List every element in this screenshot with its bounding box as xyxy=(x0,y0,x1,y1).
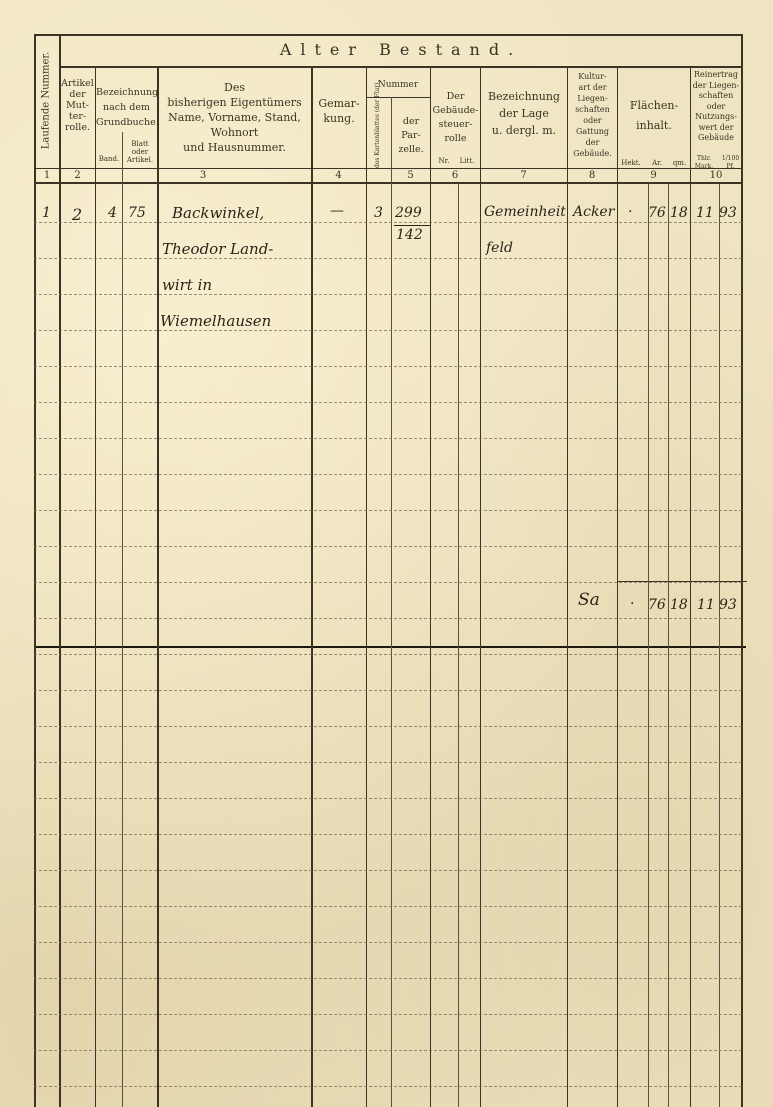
col-border xyxy=(366,68,367,1107)
col-border xyxy=(311,68,313,1107)
header-line: Des xyxy=(158,80,311,95)
header-line: Gebäude. xyxy=(568,148,617,159)
summe-pf: 93 xyxy=(719,597,737,613)
entry-parzelle-top: 299 xyxy=(395,205,422,221)
summe-label: Sa xyxy=(578,590,600,610)
header-line: Wohnort xyxy=(158,125,311,140)
header-artikel: Artikel der Mut- ter- rolle. xyxy=(60,78,95,133)
header-line: Name, Vorname, Stand, xyxy=(158,110,311,125)
entry-thlr: 11 xyxy=(696,205,714,221)
header-line: nach dem xyxy=(96,100,157,115)
header-litt: Litt. xyxy=(456,157,478,165)
entry-parzelle-bottom: 142 xyxy=(396,227,423,243)
summe-qm: 18 xyxy=(670,597,688,613)
colnum-9: 9 xyxy=(617,170,690,181)
col-border xyxy=(59,34,61,1107)
colnum-4: 4 xyxy=(311,170,366,181)
header-line: Grundbuche. xyxy=(96,115,157,130)
header-line: u. dergl. m. xyxy=(481,122,567,139)
row-rule xyxy=(34,546,742,547)
page-total-rule xyxy=(34,646,746,648)
colnum-1: 1 xyxy=(34,170,60,181)
header-qm: qm. xyxy=(669,159,690,167)
header-hekt: Hekt. xyxy=(619,159,643,167)
header-eigentuemer: Des bisherigen Eigentümers Name, Vorname… xyxy=(158,80,311,155)
header-pf: 1/100 Pf. xyxy=(719,155,742,171)
col-border xyxy=(157,68,159,1107)
header-line: Artikel xyxy=(60,78,95,89)
header-laufende-nummer: Laufende Nummer. xyxy=(41,41,52,161)
colnum-10: 10 xyxy=(690,170,742,181)
entry-pf: 93 xyxy=(719,205,737,221)
header-line: schaften xyxy=(690,91,742,102)
entry-ar: 76 xyxy=(648,205,666,221)
header-line: Liegen- xyxy=(568,93,617,104)
numbers-bottom xyxy=(34,182,742,184)
summe-thlr: 11 xyxy=(697,597,715,613)
header-line: der Lage xyxy=(481,105,567,122)
header-line: ter- xyxy=(60,111,95,122)
col-border xyxy=(122,132,123,1107)
header-gebaeudesteuerrolle: Der Gebäude- steuer- rolle xyxy=(431,90,480,146)
entry-band: 4 xyxy=(108,205,117,221)
header-line: der xyxy=(568,137,617,148)
col-border xyxy=(741,34,743,1107)
row-rule xyxy=(34,1086,742,1087)
row-rule xyxy=(34,438,742,439)
header-line: oder xyxy=(568,115,617,126)
header-nr: Nr. xyxy=(433,157,455,165)
header-line: steuer- xyxy=(431,118,480,132)
row-rule xyxy=(34,906,742,907)
row-rule xyxy=(34,618,742,619)
colnum-7: 7 xyxy=(480,170,567,181)
header-line: Bezeichnung xyxy=(481,88,567,105)
header-grundbuch: Bezeichnung nach dem Grundbuche. xyxy=(96,85,157,130)
col-border xyxy=(690,68,691,1107)
col-border xyxy=(391,97,392,1107)
row-rule xyxy=(34,474,742,475)
entry-lage-line-2: feld xyxy=(486,240,513,256)
row-rule xyxy=(34,690,742,691)
header-parzelle: der Par- zelle. xyxy=(392,115,430,157)
entry-qm: 18 xyxy=(670,205,688,221)
entry-owner-line-1: Backwinkel, xyxy=(172,204,264,222)
header-line: Flächen- xyxy=(618,96,690,116)
row-rule xyxy=(34,942,742,943)
row-rule xyxy=(34,1050,742,1051)
row-rule xyxy=(34,510,742,511)
header-line: Mut- xyxy=(60,100,95,111)
colnum-5: 5 xyxy=(391,170,430,181)
row-rule xyxy=(34,402,742,403)
row-rule xyxy=(34,978,742,979)
entry-artikel: 2 xyxy=(72,205,82,224)
header-kartenblatt: des Kartenblattes (der Flur). xyxy=(374,96,382,168)
colnum-6: 6 xyxy=(430,170,480,181)
row-rule xyxy=(34,762,742,763)
colnum-8: 8 xyxy=(567,170,617,181)
header-kulturart: Kultur- art der Liegen- schaften oder Ga… xyxy=(568,71,617,159)
row-rule xyxy=(34,654,742,655)
header-bottom xyxy=(34,168,742,169)
header-line: Der xyxy=(431,90,480,104)
header-line: der xyxy=(60,89,95,100)
header-line: Kultur- xyxy=(568,71,617,82)
entry-kulturart: Acker xyxy=(573,204,614,220)
row-rule xyxy=(34,582,742,583)
row-rule xyxy=(34,726,742,727)
header-line: Bezeichnung xyxy=(96,85,157,100)
col-border xyxy=(617,68,618,1107)
header-line: Gattung xyxy=(568,126,617,137)
col-border xyxy=(34,34,36,1107)
row-rule xyxy=(34,366,742,367)
header-line: Reinertrag xyxy=(690,70,742,81)
entry-owner-line-4: Wiemelhausen xyxy=(160,312,271,330)
col-border xyxy=(668,184,669,1107)
row-rule xyxy=(34,870,742,871)
entry-gemarkung: — xyxy=(330,203,344,219)
row-rule xyxy=(34,294,742,295)
header-line: Nutzungs- xyxy=(690,112,742,123)
col-border xyxy=(95,68,96,1107)
header-lage: Bezeichnung der Lage u. dergl. m. xyxy=(481,88,567,139)
row-rule xyxy=(34,834,742,835)
header-line: bisherigen Eigentümers xyxy=(158,95,311,110)
entry-lage-line-1: Gemeinheit xyxy=(484,204,566,220)
row-rule xyxy=(34,258,742,259)
entry-laufende-nummer: 1 xyxy=(42,205,51,221)
header-line: und Hausnummer. xyxy=(158,140,311,155)
col-border xyxy=(430,68,431,1107)
row-rule xyxy=(34,798,742,799)
header-line: rolle xyxy=(431,132,480,146)
header-line: rolle. xyxy=(60,122,95,133)
frame-top xyxy=(34,34,742,36)
header-line: Artikel. xyxy=(123,156,157,164)
header-line: oder xyxy=(123,148,157,156)
header-line: der xyxy=(392,115,430,129)
summe-ar: 76 xyxy=(648,597,666,613)
entry-owner-line-2: Theodor Land- xyxy=(162,240,273,258)
header-line: Par- xyxy=(392,129,430,143)
col-border xyxy=(458,184,459,1107)
header-line: Blatt xyxy=(123,140,157,148)
summe-hekt: · xyxy=(630,596,634,612)
header-line: der Liegen- xyxy=(690,81,742,92)
header-ar: Ar. xyxy=(646,159,668,167)
entry-blatt: 75 xyxy=(128,205,146,221)
header-line: Gebäude xyxy=(690,133,742,144)
header-reinertrag: Reinertrag der Liegen- schaften oder Nut… xyxy=(690,70,742,144)
header-flaecheninhalt: Flächen- inhalt. xyxy=(618,96,690,136)
entry-owner-line-3: wirt in xyxy=(162,276,212,294)
row-rule xyxy=(34,222,742,223)
colnum-3: 3 xyxy=(95,170,311,181)
col-border xyxy=(719,184,720,1107)
header-line: zelle. xyxy=(392,143,430,157)
header-line: kung. xyxy=(312,111,366,126)
header-thlr: Thlr. Mark. xyxy=(690,155,718,171)
entry-kartenblatt: 3 xyxy=(374,205,383,221)
parzelle-fraction-bar xyxy=(394,225,430,226)
header-line: schaften xyxy=(568,104,617,115)
colnum-2: 2 xyxy=(60,170,95,181)
col-border xyxy=(480,68,481,1107)
col-border xyxy=(567,68,568,1107)
row-rule xyxy=(34,330,742,331)
header-band: Band. xyxy=(96,155,122,163)
entry-hekt: · xyxy=(628,204,632,220)
header-line: Gebäude- xyxy=(431,104,480,118)
header-blatt: Blatt oder Artikel. xyxy=(123,140,157,164)
col-border xyxy=(648,184,649,1107)
header-line: wert der xyxy=(690,123,742,134)
header-line: art der xyxy=(568,82,617,93)
row-rule xyxy=(34,1014,742,1015)
header-gemarkung: Gemar- kung. xyxy=(312,96,366,126)
section-title: Alter Bestand. xyxy=(60,40,742,59)
header-line: Gemar- xyxy=(312,96,366,111)
header-line: oder xyxy=(690,102,742,113)
title-divider xyxy=(60,66,742,68)
header-line: inhalt. xyxy=(618,116,690,136)
